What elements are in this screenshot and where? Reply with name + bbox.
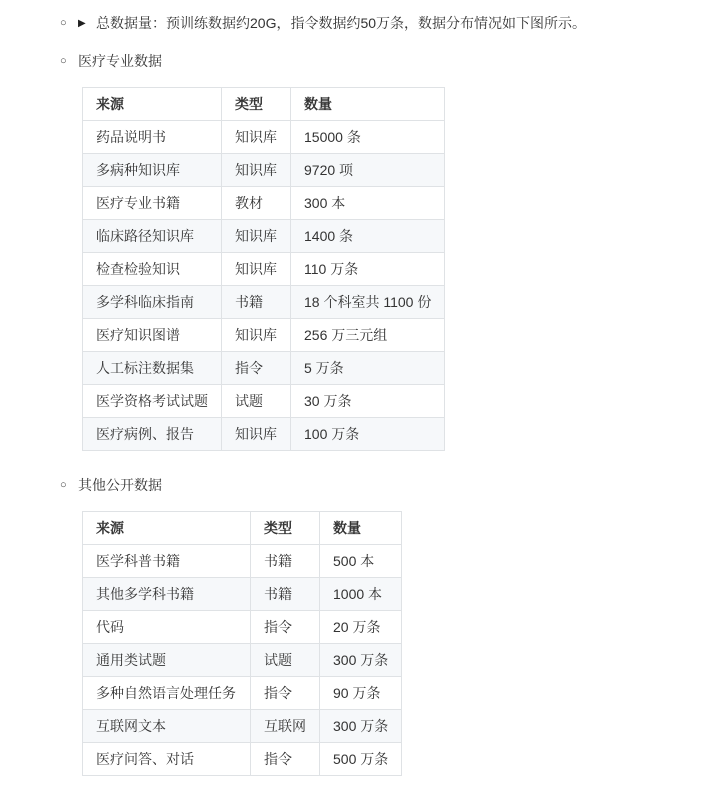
table-cell: 500 万条 (320, 743, 402, 776)
section-list-item: ○ 其他公开数据 (60, 475, 709, 496)
table-cell: 药品说明书 (83, 121, 222, 154)
table-cell: 500 本 (320, 545, 402, 578)
table-cell: 互联网 (251, 710, 320, 743)
table-row: 医疗问答、对话指令500 万条 (83, 743, 402, 776)
data-table: 来源类型数量 医学科普书籍书籍500 本其他多学科书籍书籍1000 本代码指令2… (82, 511, 402, 776)
table-row: 医疗病例、报告知识库100 万条 (83, 418, 445, 451)
table-cell: 互联网文本 (83, 710, 251, 743)
table-cell: 多病种知识库 (83, 154, 222, 187)
table-cell: 代码 (83, 611, 251, 644)
table-row: 人工标注数据集指令5 万条 (83, 352, 445, 385)
table-cell: 医学资格考试试题 (83, 385, 222, 418)
column-header: 数量 (291, 88, 445, 121)
table-row: 多病种知识库知识库9720 项 (83, 154, 445, 187)
section-title: 其他公开数据 (78, 475, 162, 496)
table-cell: 指令 (222, 352, 291, 385)
table-row: 多种自然语言处理任务指令90 万条 (83, 677, 402, 710)
table-cell: 256 万三元组 (291, 319, 445, 352)
table-cell: 1400 条 (291, 220, 445, 253)
sections-container: ○ 医疗专业数据 来源类型数量 药品说明书知识库15000 条多病种知识库知识库… (60, 51, 709, 776)
table-cell: 9720 项 (291, 154, 445, 187)
circle-bullet-icon: ○ (60, 13, 78, 34)
table-row: 检查检验知识知识库110 万条 (83, 253, 445, 286)
table-cell: 医疗专业书籍 (83, 187, 222, 220)
data-section: ○ 其他公开数据 来源类型数量 医学科普书籍书籍500 本其他多学科书籍书籍10… (60, 475, 709, 776)
table-cell: 知识库 (222, 220, 291, 253)
table-cell: 其他多学科书籍 (83, 578, 251, 611)
table-cell: 知识库 (222, 121, 291, 154)
table-cell: 医疗知识图谱 (83, 319, 222, 352)
section-title: 医疗专业数据 (78, 51, 162, 72)
circle-bullet-icon: ○ (60, 51, 78, 72)
table-cell: 书籍 (251, 578, 320, 611)
table-cell: 人工标注数据集 (83, 352, 222, 385)
intro-text: 总数据量：预训练数据约20G，指令数据约50万条，数据分布情况如下图所示。 (96, 13, 586, 34)
column-header: 来源 (83, 512, 251, 545)
data-section: ○ 医疗专业数据 来源类型数量 药品说明书知识库15000 条多病种知识库知识库… (60, 51, 709, 451)
table-cell: 30 万条 (291, 385, 445, 418)
table-cell: 医学科普书籍 (83, 545, 251, 578)
table-cell: 90 万条 (320, 677, 402, 710)
column-header: 数量 (320, 512, 402, 545)
table-row: 药品说明书知识库15000 条 (83, 121, 445, 154)
column-header: 类型 (251, 512, 320, 545)
table-cell: 5 万条 (291, 352, 445, 385)
table-row: 临床路径知识库知识库1400 条 (83, 220, 445, 253)
table-row: 多学科临床指南书籍18 个科室共 1100 份 (83, 286, 445, 319)
table-cell: 医疗病例、报告 (83, 418, 222, 451)
table-cell: 书籍 (222, 286, 291, 319)
table-cell: 指令 (251, 677, 320, 710)
table-cell: 临床路径知识库 (83, 220, 222, 253)
table-cell: 多种自然语言处理任务 (83, 677, 251, 710)
table-cell: 知识库 (222, 154, 291, 187)
table-cell: 100 万条 (291, 418, 445, 451)
table-cell: 指令 (251, 743, 320, 776)
table-header-row: 来源类型数量 (83, 512, 402, 545)
table-row: 其他多学科书籍书籍1000 本 (83, 578, 402, 611)
table-cell: 20 万条 (320, 611, 402, 644)
section-list-item: ○ 医疗专业数据 (60, 51, 709, 72)
table-row: 医学资格考试试题试题30 万条 (83, 385, 445, 418)
table-cell: 试题 (222, 385, 291, 418)
table-cell: 300 万条 (320, 644, 402, 677)
table-cell: 300 本 (291, 187, 445, 220)
table-row: 代码指令20 万条 (83, 611, 402, 644)
table-cell: 书籍 (251, 545, 320, 578)
table-cell: 知识库 (222, 418, 291, 451)
document-content: ○ ▶ 总数据量：预训练数据约20G，指令数据约50万条，数据分布情况如下图所示… (0, 0, 719, 802)
table-row: 医疗知识图谱知识库256 万三元组 (83, 319, 445, 352)
table-cell: 试题 (251, 644, 320, 677)
table-cell: 指令 (251, 611, 320, 644)
data-table: 来源类型数量 药品说明书知识库15000 条多病种知识库知识库9720 项医疗专… (82, 87, 445, 451)
column-header: 类型 (222, 88, 291, 121)
table-row: 医疗专业书籍教材300 本 (83, 187, 445, 220)
table-cell: 300 万条 (320, 710, 402, 743)
table-cell: 110 万条 (291, 253, 445, 286)
circle-bullet-icon: ○ (60, 475, 78, 496)
table-cell: 教材 (222, 187, 291, 220)
table-cell: 知识库 (222, 319, 291, 352)
table-row: 医学科普书籍书籍500 本 (83, 545, 402, 578)
table-cell: 知识库 (222, 253, 291, 286)
column-header: 来源 (83, 88, 222, 121)
table-cell: 多学科临床指南 (83, 286, 222, 319)
table-cell: 1000 本 (320, 578, 402, 611)
table-header-row: 来源类型数量 (83, 88, 445, 121)
table-row: 互联网文本互联网300 万条 (83, 710, 402, 743)
table-cell: 18 个科室共 1100 份 (291, 286, 445, 319)
table-cell: 医疗问答、对话 (83, 743, 251, 776)
table-cell: 通用类试题 (83, 644, 251, 677)
table-cell: 15000 条 (291, 121, 445, 154)
table-cell: 检查检验知识 (83, 253, 222, 286)
table-row: 通用类试题试题300 万条 (83, 644, 402, 677)
toggle-triangle-icon[interactable]: ▶ (78, 13, 96, 34)
intro-list-item: ○ ▶ 总数据量：预训练数据约20G，指令数据约50万条，数据分布情况如下图所示… (60, 13, 709, 34)
